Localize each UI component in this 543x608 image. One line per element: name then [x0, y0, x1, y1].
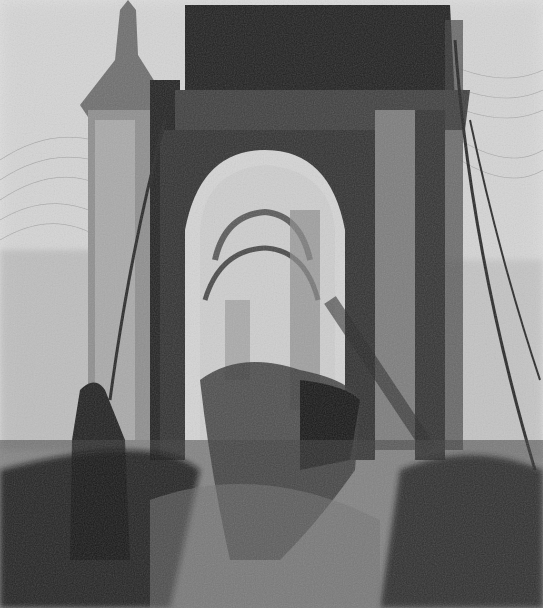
etching-artwork: [0, 0, 543, 608]
artwork-svg: [0, 0, 543, 608]
